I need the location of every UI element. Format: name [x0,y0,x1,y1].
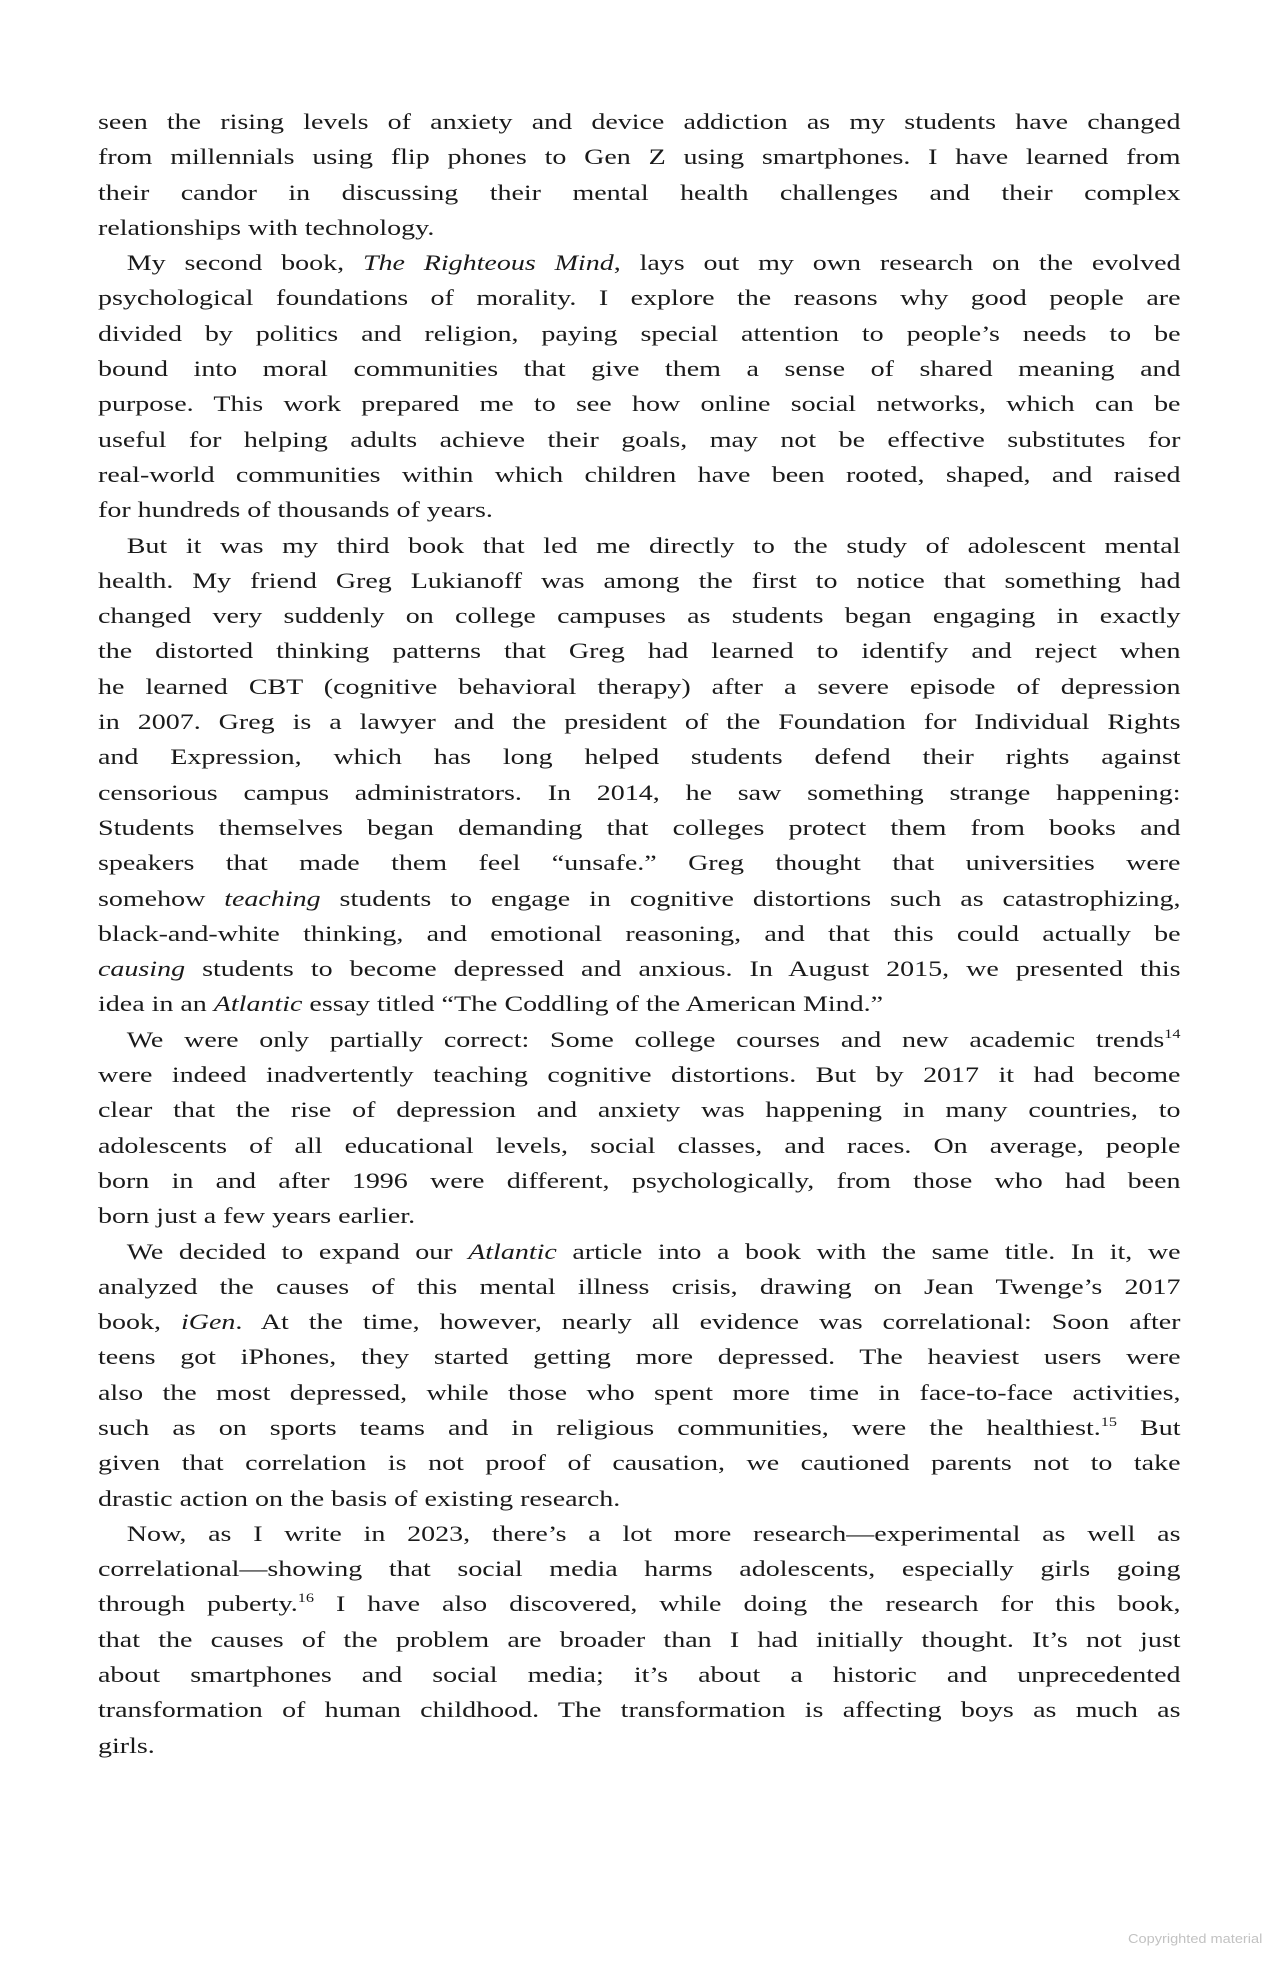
book-page: seen the rising levels of anxiety and de… [0,0,1280,1968]
text-line: We decided to expand our Atlantic articl… [98,1234,1181,1269]
text-line: divided by politics and religion, paying… [98,316,1181,351]
text-line: such as on sports teams and in religious… [98,1410,1181,1445]
text-line: black-and-white thinking, and emotional … [98,916,1181,951]
text-segment: analyzed the causes of this mental illne… [98,1274,1181,1299]
footnote-marker: 15 [1101,1414,1117,1429]
text-segment: We were only partially correct: Some col… [127,1027,1165,1052]
italic-text: teaching [224,886,320,911]
text-line: purpose. This work prepared me to see ho… [98,386,1181,421]
italic-text: The Righteous Mind [363,250,614,275]
text-line: about smartphones and social media; it’s… [98,1657,1181,1692]
text-segment: useful for helping adults achieve their … [98,427,1181,452]
text-segment: students to engage in cognitive distorti… [321,886,1181,911]
text-segment: teens got iPhones, they started getting … [98,1344,1181,1369]
text-line: given that correlation is not proof of c… [98,1445,1181,1480]
text-segment: But [1117,1415,1180,1440]
text-segment: book, [98,1309,181,1334]
text-line: their candor in discussing their mental … [98,175,1181,210]
text-segment: somehow [98,886,224,911]
text-line: speakers that made them feel “unsafe.” G… [98,845,1181,880]
text-line: and Expression, which has long helped st… [98,739,1181,774]
text-segment: adolescents of all educational levels, s… [98,1133,1181,1158]
text-line: clear that the rise of depression and an… [98,1092,1181,1127]
text-line: from millennials using flip phones to Ge… [98,139,1181,174]
text-line: My second book, The Righteous Mind, lays… [98,245,1181,280]
text-segment: article into a book with the same title.… [557,1239,1181,1264]
text-segment: drastic action on the basis of existing … [98,1486,620,1511]
text-line: girls. [98,1728,1181,1763]
text-line: real-world communities within which chil… [98,457,1181,492]
text-line: somehow teaching students to engage in c… [98,881,1181,916]
text-segment: censorious campus administrators. In 201… [98,780,1181,805]
text-segment: about smartphones and social media; it’s… [98,1662,1181,1687]
text-line: psychological foundations of morality. I… [98,280,1181,315]
text-segment: purpose. This work prepared me to see ho… [98,391,1181,416]
text-line: But it was my third book that led me dir… [98,528,1181,563]
italic-text: Atlantic [214,991,303,1016]
text-segment: in 2007. Greg is a lawyer and the presid… [98,709,1181,734]
paragraph: seen the rising levels of anxiety and de… [98,104,1181,245]
text-segment: that the causes of the problem are broad… [98,1627,1181,1652]
text-line: Students themselves began demanding that… [98,810,1181,845]
text-line: were indeed inadvertently teaching cogni… [98,1057,1181,1092]
text-segment: the distorted thinking patterns that Gre… [98,638,1181,663]
text-line: in 2007. Greg is a lawyer and the presid… [98,704,1181,739]
text-segment: for hundreds of thousands of years. [98,497,493,522]
text-segment: relationships with technology. [98,215,434,240]
text-line: causing students to become depressed and… [98,951,1181,986]
text-segment: speakers that made them feel “unsafe.” G… [98,850,1181,875]
text-line: born just a few years earlier. [98,1198,1181,1233]
text-segment: I have also discovered, while doing the … [314,1591,1181,1616]
text-line: transformation of human childhood. The t… [98,1692,1181,1727]
text-line: idea in an Atlantic essay titled “The Co… [98,986,1181,1021]
paragraph: But it was my third book that led me dir… [98,528,1181,1022]
body-text: seen the rising levels of anxiety and de… [98,104,1181,1763]
text-segment: transformation of human childhood. The t… [98,1697,1181,1722]
text-segment: born just a few years earlier. [98,1203,415,1228]
text-segment: he learned CBT (cognitive behavioral the… [98,674,1181,699]
text-segment: black-and-white thinking, and emotional … [98,921,1181,946]
text-line: book, iGen. At the time, however, nearly… [98,1304,1181,1339]
text-segment: from millennials using flip phones to Ge… [98,144,1181,169]
text-line: seen the rising levels of anxiety and de… [98,104,1181,139]
text-line: the distorted thinking patterns that Gre… [98,633,1181,668]
text-line: through puberty.16 I have also discovere… [98,1586,1181,1621]
italic-text: Atlantic [468,1239,557,1264]
paragraph: We were only partially correct: Some col… [98,1022,1181,1234]
text-segment: given that correlation is not proof of c… [98,1450,1181,1475]
paragraph: We decided to expand our Atlantic articl… [98,1234,1181,1516]
text-segment: were indeed inadvertently teaching cogni… [98,1062,1181,1087]
italic-text: iGen [181,1309,235,1334]
text-line: he learned CBT (cognitive behavioral the… [98,669,1181,704]
text-segment: changed very suddenly on college campuse… [98,603,1181,628]
text-segment: real-world communities within which chil… [98,462,1181,487]
text-segment: essay titled “The Coddling of the Americ… [302,991,883,1016]
text-segment: clear that the rise of depression and an… [98,1097,1181,1122]
text-segment: . At the time, however, nearly all evide… [235,1309,1180,1334]
footnote-marker: 16 [298,1590,314,1605]
text-segment: , lays out my own research on the evolve… [614,250,1181,275]
text-line: useful for helping adults achieve their … [98,422,1181,457]
text-segment: psychological foundations of morality. I… [98,285,1181,310]
text-line: drastic action on the basis of existing … [98,1481,1181,1516]
text-segment: girls. [98,1733,155,1758]
text-line: adolescents of all educational levels, s… [98,1128,1181,1163]
text-line: Now, as I write in 2023, there’s a lot m… [98,1516,1181,1551]
text-segment: But it was my third book that led me dir… [127,533,1181,558]
copyright-watermark: Copyrighted material [1128,1931,1262,1947]
text-segment: divided by politics and religion, paying… [98,321,1181,346]
text-line: also the most depressed, while those who… [98,1375,1181,1410]
italic-text: causing [98,956,185,981]
text-segment: Students themselves began demanding that… [98,815,1181,840]
text-line: correlational—showing that social media … [98,1551,1181,1586]
paragraph: Now, as I write in 2023, there’s a lot m… [98,1516,1181,1763]
text-segment: their candor in discussing their mental … [98,180,1181,205]
text-line: born in and after 1996 were different, p… [98,1163,1181,1198]
text-segment: We decided to expand our [127,1239,468,1264]
text-segment: seen the rising levels of anxiety and de… [98,109,1181,134]
paragraph: My second book, The Righteous Mind, lays… [98,245,1181,527]
text-segment: correlational—showing that social media … [98,1556,1181,1581]
text-line: changed very suddenly on college campuse… [98,598,1181,633]
text-line: that the causes of the problem are broad… [98,1622,1181,1657]
text-line: We were only partially correct: Some col… [98,1022,1181,1057]
text-line: relationships with technology. [98,210,1181,245]
text-line: censorious campus administrators. In 201… [98,775,1181,810]
text-line: teens got iPhones, they started getting … [98,1339,1181,1374]
text-segment: bound into moral communities that give t… [98,356,1181,381]
text-segment: health. My friend Greg Lukianoff was amo… [98,568,1181,593]
text-segment: born in and after 1996 were different, p… [98,1168,1181,1193]
text-segment: through puberty. [98,1591,298,1616]
text-line: for hundreds of thousands of years. [98,492,1181,527]
footnote-marker: 14 [1164,1026,1180,1041]
text-segment: idea in an [98,991,214,1016]
text-segment: My second book, [127,250,363,275]
text-segment: and Expression, which has long helped st… [98,744,1181,769]
text-line: bound into moral communities that give t… [98,351,1181,386]
text-segment: such as on sports teams and in religious… [98,1415,1101,1440]
text-segment: students to become depressed and anxious… [185,956,1180,981]
text-segment: Now, as I write in 2023, there’s a lot m… [127,1521,1181,1546]
text-segment: also the most depressed, while those who… [98,1380,1181,1405]
text-line: health. My friend Greg Lukianoff was amo… [98,563,1181,598]
text-line: analyzed the causes of this mental illne… [98,1269,1181,1304]
